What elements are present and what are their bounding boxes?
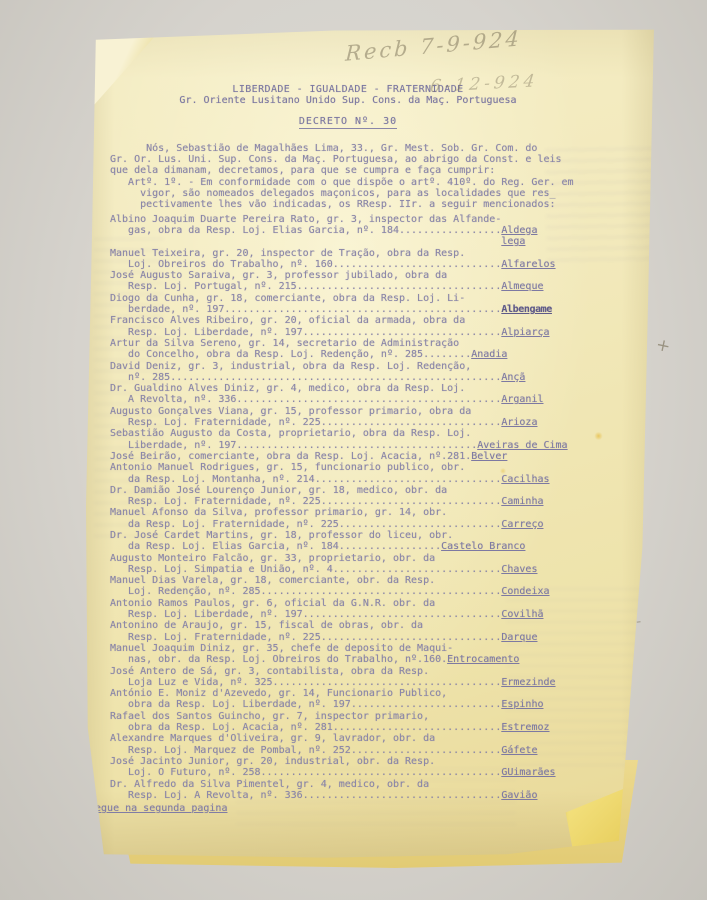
decree-line: Albino Joaquim Duarte Pereira Rato, gr. … <box>110 214 586 225</box>
decree-entry: António E. Moniz d'Azevedo, gr. 14, Func… <box>110 688 586 711</box>
locality: Gavião <box>501 790 537 801</box>
paper-sheet: LIBERDADE - IGUALDADE - FRATERNIDADE Gr.… <box>86 28 662 866</box>
decree-entry: José Augusto Saraiva, gr. 3, professor j… <box>110 270 586 293</box>
decree-line: nas, obr. da Resp. Loj. Obreiros do Trab… <box>110 654 586 665</box>
locality: Anadia <box>471 349 507 360</box>
decree-line: Rafael dos Santos Guincho, gr. 7, inspec… <box>110 711 586 722</box>
decree-entry: José Jacinto Junior, gr. 20, industrial,… <box>110 756 586 779</box>
decree-line: Augusto Gonçalves Viana, gr. 15, profess… <box>110 406 586 417</box>
preamble-line: pectivamente lhes vão indicadas, os RRes… <box>110 199 586 210</box>
preamble-line: vigor, são nomeados delegados maçonicos,… <box>110 188 586 199</box>
decree-line: Resp. Loj. Fraternidade, nº. 225........… <box>110 632 586 643</box>
decree-line: Antonino de Araujo, gr. 15, fiscal de ob… <box>110 620 586 631</box>
decree-line: Resp. Loj. Portugal, nº. 215............… <box>110 281 586 292</box>
decree-line: José Jacinto Junior, gr. 20, industrial,… <box>110 756 586 767</box>
decree-line: Loja Luz e Vida, nº. 325................… <box>110 677 586 688</box>
decree-line: Resp. Loj. Simpatia e União, nº. 4......… <box>110 564 586 575</box>
decree-line: Antonio Ramos Paulos, gr. 6, oficial da … <box>110 598 586 609</box>
decree-line: obra da Resp. Loj. Liberdade, nº. 197...… <box>110 699 586 710</box>
decree-line: Alexandre Marques d'Oliveira, gr. 9, lav… <box>110 733 586 744</box>
decree-line: Resp. Loj. Marquez de Pombal, nº. 252...… <box>110 745 586 756</box>
decree-line: gas, obra da Resp. Loj. Elias Garcia, nº… <box>110 225 586 248</box>
decree-line: Resp. Loj. A Revolta, nº. 336...........… <box>110 790 586 801</box>
decree-entry: Antonino de Araujo, gr. 15, fiscal de ob… <box>110 620 586 643</box>
decree-entry: Manuel Afonso da Silva, professor primar… <box>110 507 586 530</box>
locality: Belver <box>471 451 507 462</box>
decree-entry: Sebastião Augusto da Costa, proprietario… <box>110 428 586 451</box>
decree-line: Resp. Loj. Liberdade, nº. 197...........… <box>110 327 586 338</box>
decree-line: José Antero de Sá, gr. 3, contabilista, … <box>110 666 586 677</box>
decree-line: José Augusto Saraiva, gr. 3, professor j… <box>110 270 586 281</box>
preamble-line: Gr. Or. Lus. Uni. Sup. Cons. da Maç. Por… <box>110 154 586 165</box>
decree-entry: Francisco Alves Ribeiro, gr. 20, oficial… <box>110 315 586 338</box>
decree-line: Liberdade, nº. 197......................… <box>110 440 586 451</box>
decree-entry: Dr. José Cardet Martins, gr. 18, profess… <box>110 530 586 553</box>
decree-entry: Diogo da Cunha, gr. 18, comerciante, obr… <box>110 293 586 316</box>
decree-entry: Antonio Manuel Rodrigues, gr. 15, funcio… <box>110 462 586 485</box>
decree-line: Augusto Monteiro Falcão, gr. 33, proprie… <box>110 553 586 564</box>
locality: Caminha <box>501 496 543 507</box>
photo-background: LIBERDADE - IGUALDADE - FRATERNIDADE Gr.… <box>0 0 707 900</box>
locality: Alpiarça <box>501 327 549 338</box>
decree-entry: José Antero de Sá, gr. 3, contabilista, … <box>110 666 586 689</box>
motto: LIBERDADE - IGUALDADE - FRATERNIDADE <box>110 84 586 95</box>
locality: Estremoz <box>501 722 549 733</box>
locality: Covilhã <box>501 609 543 620</box>
decree-entry: Antonio Ramos Paulos, gr. 6, oficial da … <box>110 598 586 621</box>
decree-line: Manuel Teixeira, gr. 20, inspector de Tr… <box>110 248 586 259</box>
document-text: LIBERDADE - IGUALDADE - FRATERNIDADE Gr.… <box>110 84 586 814</box>
decree-line: Francisco Alves Ribeiro, gr. 20, oficial… <box>110 315 586 326</box>
org-name: Gr. Oriente Lusitano Unido Sup. Cons. da… <box>110 95 586 106</box>
decree-line: Sebastião Augusto da Costa, proprietario… <box>110 428 586 439</box>
decree-entry: Artur da Silva Sereno, gr. 14, secretari… <box>110 338 586 361</box>
decree-entry: Augusto Monteiro Falcão, gr. 33, proprie… <box>110 553 586 576</box>
decree-line: obra da Resp. Loj. Acacia, nº. 281......… <box>110 722 586 733</box>
decree-line: Antonio Manuel Rodrigues, gr. 15, funcio… <box>110 462 586 473</box>
decree-title-row: DECRETO Nº. 30 <box>110 116 586 129</box>
decree-entry: Augusto Gonçalves Viana, gr. 15, profess… <box>110 406 586 429</box>
locality: Espinho <box>501 699 543 710</box>
decree-line: Loj. O Futuro, nº. 258..................… <box>110 767 586 778</box>
locality: Arganil <box>501 394 543 405</box>
decree-line: da Resp. Loj. Elias Garcia, nº. 184.....… <box>110 541 586 552</box>
decree-line: Manuel Afonso da Silva, professor primar… <box>110 507 586 518</box>
locality: Castelo Branco <box>441 541 525 552</box>
decree-line: David Deniz, gr. 3, industrial, obra da … <box>110 361 586 372</box>
preamble-line: que dela dimanam, decretamos, para que s… <box>110 165 586 176</box>
decree-line: José Beirão, comerciante, obra da Resp. … <box>110 451 586 462</box>
decree-entry: Manuel Dias Varela, gr. 18, comerciante,… <box>110 575 586 598</box>
decree-line: Diogo da Cunha, gr. 18, comerciante, obr… <box>110 293 586 304</box>
decree-entry: José Beirão, comerciante, obra da Resp. … <box>110 451 586 462</box>
decree-line: Resp. Loj. Fraternidade, nº. 225........… <box>110 496 586 507</box>
decree-line: Dr. José Cardet Martins, gr. 18, profess… <box>110 530 586 541</box>
decree-line: António E. Moniz d'Azevedo, gr. 14, Func… <box>110 688 586 699</box>
decree-entry: Dr. Alfredo da Silva Pimentel, gr. 4, me… <box>110 779 586 802</box>
locality: Almeque <box>501 281 543 292</box>
pencil-cross-mark: + <box>654 335 672 358</box>
locality: Ermezinde <box>501 677 555 688</box>
locality: Darque <box>501 632 537 643</box>
paper-stain <box>594 432 603 440</box>
locality: GUimarães <box>501 767 555 778</box>
decree-line: Manuel Dias Varela, gr. 18, comerciante,… <box>110 575 586 586</box>
locality: Cacilhas <box>501 474 549 485</box>
locality: Gáfete <box>501 745 537 756</box>
locality: Albengame <box>501 304 552 315</box>
decree-entry: Manuel Teixeira, gr. 20, inspector de Tr… <box>110 248 586 271</box>
decree-line: da Resp. Loj. Montanha, nº. 214.........… <box>110 474 586 485</box>
decree-entry: Dr. Damião José Lourenço Junior, gr. 18,… <box>110 485 586 508</box>
decree-entry: Albino Joaquim Duarte Pereira Rato, gr. … <box>110 214 586 248</box>
decree-line: Manuel Joaquim Diniz, gr. 35, chefe de d… <box>110 643 586 654</box>
locality: Chaves <box>501 564 537 575</box>
locality: Carreço <box>501 519 543 530</box>
decree-line: Resp. Loj. Fraternidade, nº. 225........… <box>110 417 586 428</box>
decree-entry: Rafael dos Santos Guincho, gr. 7, inspec… <box>110 711 586 734</box>
locality: Ançã <box>501 372 525 383</box>
footer-note: Segue na segunda pagina <box>89 803 227 814</box>
decree-line: do Concelho, obra da Resp. Loj. Redenção… <box>110 349 586 360</box>
decree-line: nº. 285.................................… <box>110 372 586 383</box>
decree-entry: Dr. Gualdino Alves Diniz, gr. 4, medico,… <box>110 383 586 406</box>
decree-entries: Albino Joaquim Duarte Pereira Rato, gr. … <box>110 214 586 801</box>
decree-line: Artur da Silva Sereno, gr. 14, secretari… <box>110 338 586 349</box>
preamble-line: Artº. 1º. - Em conformidade com o que di… <box>110 177 586 188</box>
decree-line: Loj. Redenção, nº. 285..................… <box>110 586 586 597</box>
decree-line: da Resp. Loj. Fraternidade, nº. 225.....… <box>110 519 586 530</box>
decree-entry: Alexandre Marques d'Oliveira, gr. 9, lav… <box>110 733 586 756</box>
preamble-line: Nós, Sebastião de Magalhães Lima, 33., G… <box>110 143 586 154</box>
preamble: Nós, Sebastião de Magalhães Lima, 33., G… <box>110 143 586 211</box>
decree-line: Loj. Obreiros do Trabalho, nº. 160......… <box>110 259 586 270</box>
decree-title: DECRETO Nº. 30 <box>299 116 397 129</box>
decree-line: Dr. Gualdino Alves Diniz, gr. 4, medico,… <box>110 383 586 394</box>
decree-line: A Revolta, nº. 336......................… <box>110 394 586 405</box>
decree-line: Dr. Alfredo da Silva Pimentel, gr. 4, me… <box>110 779 586 790</box>
locality: Alfarelos <box>501 259 555 270</box>
decree-line: berdade, nº. 197........................… <box>110 304 586 315</box>
locality: Entrocamento <box>447 654 519 665</box>
locality: Condeixa <box>501 586 549 597</box>
decree-entry: Manuel Joaquim Diniz, gr. 35, chefe de d… <box>110 643 586 666</box>
locality: Aveiras de Cima <box>477 440 567 451</box>
decree-line: Dr. Damião José Lourenço Junior, gr. 18,… <box>110 485 586 496</box>
locality: Arioza <box>501 417 537 428</box>
locality: Aldega lega <box>501 225 537 248</box>
decree-line: Resp. Loj. Liberdade, nº. 197...........… <box>110 609 586 620</box>
decree-entry: David Deniz, gr. 3, industrial, obra da … <box>110 361 586 384</box>
